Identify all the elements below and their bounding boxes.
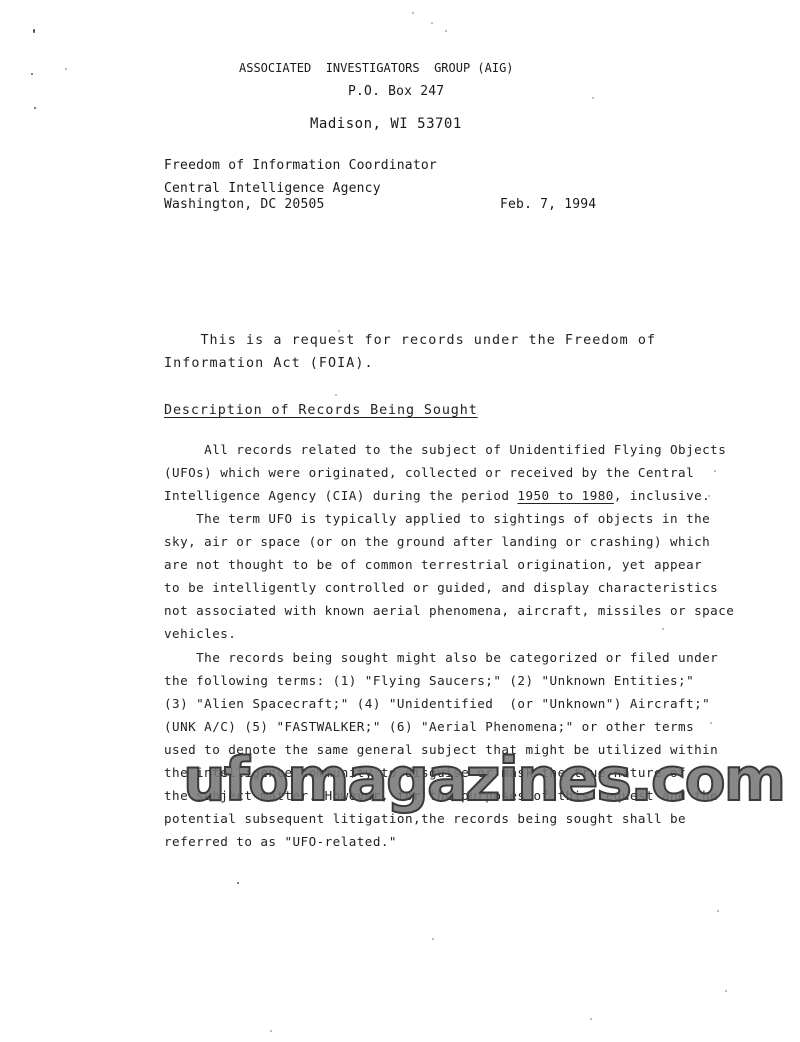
- paragraph-3-line: (3) "Alien Spacecraft;" (4) "Unidentifie…: [164, 696, 710, 711]
- scan-speck: [710, 722, 712, 724]
- paragraph-2-line: sky, air or space (or on the ground afte…: [164, 534, 710, 549]
- letterhead-organization: ASSOCIATED INVESTIGATORS GROUP (AIG): [239, 61, 514, 75]
- scan-speck: [270, 1030, 272, 1032]
- intro-line-1: This is a request for records under the …: [164, 333, 656, 348]
- scan-speck: [708, 495, 710, 497]
- paragraph-1-line-3: Intelligence Agency (CIA) during the per…: [164, 488, 710, 503]
- scan-speck: [445, 30, 447, 32]
- scan-speck: [31, 73, 33, 75]
- scan-speck: [717, 910, 719, 912]
- paragraph-3-line: (UNK A/C) (5) "FASTWALKER;" (6) "Aerial …: [164, 719, 694, 734]
- paragraph-2-line: not associated with known aerial phenome…: [164, 603, 734, 618]
- paragraph-3-line: referred to as "UFO-related.": [164, 834, 397, 849]
- paragraph-3-line: the following terms: (1) "Flying Saucers…: [164, 673, 694, 688]
- paragraph-1-line-3-start: Intelligence Agency (CIA) during the per…: [164, 488, 517, 503]
- paragraph-2-line: vehicles.: [164, 626, 236, 641]
- paragraph-2-line: are not thought to be of common terrestr…: [164, 557, 702, 572]
- letterhead-city: Madison, WI 53701: [310, 116, 462, 132]
- document-page: ASSOCIATED INVESTIGATORS GROUP (AIG) P.O…: [0, 0, 800, 1042]
- scan-speck: [592, 97, 594, 99]
- scan-speck: [662, 628, 664, 630]
- scan-speck: [431, 22, 433, 24]
- scan-speck: [432, 938, 434, 940]
- paragraph-1-line-2: (UFOs) which were originated, collected …: [164, 465, 694, 480]
- requested-period: 1950 to 1980: [517, 488, 613, 503]
- recipient-line-2: Central Intelligence Agency: [164, 181, 381, 196]
- paragraph-1-line-1: All records related to the subject of Un…: [164, 442, 726, 457]
- recipient-line-3: Washington, DC 20505: [164, 197, 325, 212]
- scan-speck: [725, 990, 727, 992]
- scan-speck: [34, 107, 36, 109]
- scan-speck: [237, 882, 239, 884]
- scan-speck: [335, 394, 337, 396]
- letter-date: Feb. 7, 1994: [500, 197, 596, 212]
- paragraph-1-line-3-end: , inclusive.: [614, 488, 710, 503]
- scan-speck: [412, 12, 414, 14]
- scan-speck: [65, 68, 67, 70]
- watermark: ufomagazines.com: [183, 750, 784, 810]
- scan-speck: [338, 330, 340, 332]
- scan-speck: [33, 29, 35, 33]
- paragraph-2-line: The term UFO is typically applied to sig…: [164, 511, 710, 526]
- letterhead-po-box: P.O. Box 247: [348, 84, 444, 99]
- section-heading: Description of Records Being Sought: [164, 403, 478, 418]
- scan-speck: [590, 1018, 592, 1020]
- intro-line-2: Information Act (FOIA).: [164, 356, 374, 371]
- paragraph-3-line: The records being sought might also be c…: [164, 650, 718, 665]
- recipient-line-1: Freedom of Information Coordinator: [164, 158, 437, 173]
- paragraph-2-line: to be intelligently controlled or guided…: [164, 580, 718, 595]
- scan-speck: [714, 470, 716, 472]
